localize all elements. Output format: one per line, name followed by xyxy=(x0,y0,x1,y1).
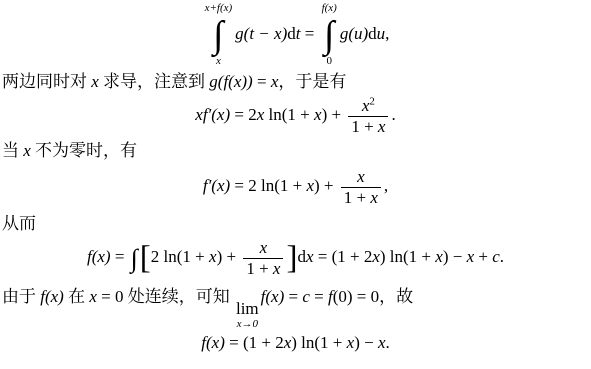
math-roman: ) + xyxy=(314,176,338,195)
integral-lower-limit: 0 xyxy=(326,55,332,68)
punctuation: . xyxy=(500,247,504,266)
integral-sign: ∫ xyxy=(324,15,334,55)
math-italic: x xyxy=(378,117,386,136)
math-italic: f(x) xyxy=(40,287,64,306)
display-equation-xfprime: xf′(x) = 2x ln(1 + x) + x21 + x. xyxy=(0,96,591,137)
math-roman: 1 + xyxy=(351,117,378,136)
chinese-text: 从而 xyxy=(2,214,36,233)
math-roman: ) + xyxy=(322,105,346,124)
display-equation-final: f(x) = (1 + 2x) ln(1 + x) − x. xyxy=(0,330,591,356)
math-roman: = 0 xyxy=(97,287,124,306)
chinese-text: 处连续，可知 xyxy=(123,287,234,306)
equals-sign: = xyxy=(253,72,271,91)
math-italic: f(x) xyxy=(87,247,111,266)
punctuation: . xyxy=(385,333,389,352)
fraction: x1 + x xyxy=(243,238,283,279)
math-italic: x xyxy=(273,259,281,278)
chinese-text: 当 xyxy=(2,141,23,160)
equals-sign: = xyxy=(111,247,129,266)
math-italic: g(u) xyxy=(340,24,368,43)
fraction-numerator: x xyxy=(354,167,368,187)
paragraph-nonzero: 当 x 不为零时，有 xyxy=(0,138,591,164)
fraction-numerator: x2 xyxy=(359,96,378,116)
math-italic: f(x) xyxy=(201,333,225,352)
differential-d: d xyxy=(368,24,377,43)
math-italic: g(f(x)) xyxy=(209,72,252,91)
math-italic: u xyxy=(377,24,386,43)
math-italic: g(t − x) xyxy=(235,24,287,43)
display-equation-integral: x+f(x)∫xg(t − x)dt = f(x)∫0g(u)du, xyxy=(0,2,591,68)
chinese-text: 由于 xyxy=(2,287,40,306)
math-roman: ) ln(1 + xyxy=(380,247,435,266)
integral-sign: ∫ xyxy=(131,244,138,273)
limit-subscript: x→0 xyxy=(237,318,258,330)
display-equation-fprime: f′(x) = 2 ln(1 + x) + x1 + x, xyxy=(0,167,591,208)
math-italic: f′(x) xyxy=(203,176,230,195)
fraction: x21 + x xyxy=(348,96,388,137)
math-italic: x xyxy=(23,141,31,160)
math-roman: ) − xyxy=(354,333,378,352)
math-italic: c xyxy=(492,247,500,266)
math-roman: ) + xyxy=(217,247,241,266)
chinese-text: 求导，注意到 xyxy=(99,72,210,91)
differential-d: d xyxy=(287,24,296,43)
math-italic: x xyxy=(435,247,443,266)
integral-lower-limit: x xyxy=(216,55,221,68)
math-italic: x xyxy=(306,176,314,195)
integral-sign: ∫ xyxy=(213,15,223,55)
left-bracket: [ xyxy=(140,241,151,277)
math-roman: ) ln(1 + xyxy=(291,333,346,352)
math-italic: x xyxy=(372,247,380,266)
differential-d: d xyxy=(297,247,306,266)
math-roman: 2 ln(1 + xyxy=(151,247,209,266)
math-italic: x xyxy=(467,247,475,266)
fraction-denominator: 1 + x xyxy=(341,187,381,208)
chinese-text: 两边同时对 xyxy=(2,72,91,91)
math-roman: 1 + xyxy=(344,188,371,207)
math-roman: = 2 xyxy=(230,105,257,124)
superscript-2: 2 xyxy=(369,95,375,107)
page: x+f(x)∫xg(t − x)dt = f(x)∫0g(u)du, 两边同时对… xyxy=(0,0,591,369)
chinese-text: 在 xyxy=(64,287,90,306)
paragraph-derive: 两边同时对 x 求导，注意到 g(f(x)) = x，于是有 xyxy=(0,69,591,95)
equals-sign: = xyxy=(300,24,318,43)
chinese-text: ，故 xyxy=(379,287,413,306)
math-italic: x xyxy=(91,72,99,91)
integral-with-limits: x+f(x)∫x xyxy=(205,2,233,68)
math-roman: (0) = 0 xyxy=(333,287,379,306)
punctuation: . xyxy=(391,105,395,124)
math-roman: 1 + xyxy=(246,259,273,278)
math-italic: f(x) xyxy=(261,287,285,306)
math-italic: x xyxy=(209,247,217,266)
math-italic: x xyxy=(370,188,378,207)
math-italic: c xyxy=(302,287,310,306)
paragraph-continuity: 由于 f(x) 在 x = 0 处连续，可知 limx→0f(x) = c = … xyxy=(0,280,591,330)
punctuation: , xyxy=(385,24,389,43)
limit-word: lim xyxy=(236,300,259,318)
math-italic: x xyxy=(306,247,314,266)
math-roman: = (1 + 2 xyxy=(225,333,284,352)
equals-sign: = xyxy=(284,287,302,306)
integral-with-limits: f(x)∫0 xyxy=(322,2,337,68)
fraction-denominator: 1 + x xyxy=(243,258,283,279)
math-roman: = (1 + 2 xyxy=(314,247,373,266)
equals-sign: = xyxy=(310,287,328,306)
math-italic: x xyxy=(314,105,322,124)
display-equation-antiderivative: f(x) = ∫[2 ln(1 + x) + x1 + x]dx = (1 + … xyxy=(0,238,591,279)
fraction: x1 + x xyxy=(341,167,381,208)
math-italic: xf′(x) xyxy=(195,105,230,124)
punctuation: , xyxy=(384,176,388,195)
math-roman: + xyxy=(474,247,492,266)
fraction-denominator: 1 + x xyxy=(348,116,388,137)
math-roman: ln(1 + xyxy=(264,105,314,124)
limit-operator: limx→0 xyxy=(236,300,259,330)
chinese-text: 不为零时，有 xyxy=(31,141,137,160)
math-roman: ) − xyxy=(443,247,467,266)
fraction-numerator: x xyxy=(257,238,271,258)
right-bracket: ] xyxy=(286,241,297,277)
math-roman: = 2 ln(1 + xyxy=(230,176,306,195)
chinese-text: ，于是有 xyxy=(278,72,346,91)
paragraph-thus: 从而 xyxy=(0,211,591,237)
math-italic: x xyxy=(89,287,97,306)
